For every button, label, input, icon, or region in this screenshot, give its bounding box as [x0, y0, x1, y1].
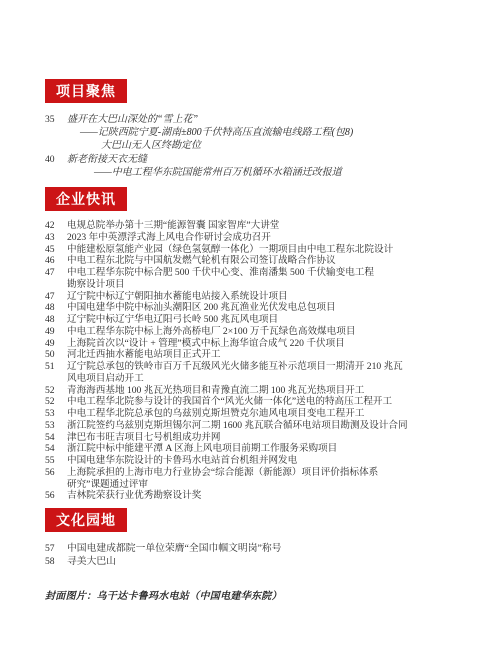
entry-title-line: 辽宁院中标辽宁朝阳抽水蓄能电站接入系统设计项目 [67, 291, 445, 303]
entry-title-line: 中能建松原氢能产业园（绿色氢氨醇一体化）一期项目由中电工程东北院设计 [67, 244, 445, 256]
entry-title-line: 中国电建华中院中标汕头潮阳区 200 兆瓦渔业光伏发电总包项目 [67, 302, 445, 314]
entry-title-line: 浙江院签约乌兹别克斯坦锡尔河二期 1600 兆瓦联合循环电站项目勘测及设计合同 [67, 420, 445, 432]
entry-page-number: 57 [45, 542, 67, 555]
toc-entry: 45中能建松原氢能产业园（绿色氢氨醇一体化）一期项目由中电工程东北院设计 [45, 244, 445, 256]
entry-lines: 新老衔接天衣无缝——中电工程华东院国能常州百万机循环水箱涵迁改报道 [67, 153, 445, 179]
entry-title-line: 浙江院中标中能建平潭 A 区海上风电项目前期工作服务采购项目 [67, 443, 445, 455]
entry-lines: 中国电建华中院中标汕头潮阳区 200 兆瓦渔业光伏发电总包项目 [67, 302, 445, 314]
entry-title-line: 辽宁院总承包的铁岭市百万千瓦级风光火储多能互补示范项目一期清开 210 兆瓦 [67, 361, 445, 373]
entry-title-line: 中国电建华东院设计的卡鲁玛水电站首台机组并网发电 [67, 455, 445, 467]
toc-entry: 432023 年中英漂浮式海上风电合作研讨会成功召开 [45, 232, 445, 244]
entry-title-line: 中电工程华东院中标合肥 500 千伏中心变、淮南潘集 500 千伏输变电工程 [67, 267, 445, 279]
entry-lines: 中国电建华东院设计的卡鲁玛水电站首台机组并网发电 [67, 455, 445, 467]
entry-page-number: 53 [45, 420, 67, 432]
entry-title-line: 中电工程华北院参与设计的我国首个“风光火储一体化”送电的特高压工程开工 [67, 396, 445, 408]
entry-lines: 盛开在大巴山深处的“雪上花”——记陕西院宁夏-湖南±800千伏特高压直流输电线路… [67, 113, 445, 153]
toc-entry: 53中电工程华北院总承包的乌兹别克斯坦赞克尔迪风电项目变电工程开工 [45, 408, 445, 420]
toc-entry: 47中电工程华东院中标合肥 500 千伏中心变、淮南潘集 500 千伏输变电工程… [45, 267, 445, 291]
entry-lines: 中电工程华东院中标上海外高桥电厂 2×100 万千瓦绿色高效煤电项目 [67, 326, 445, 338]
toc-entry: 49中电工程华东院中标上海外高桥电厂 2×100 万千瓦绿色高效煤电项目 [45, 326, 445, 338]
entry-page-number: 47 [45, 267, 67, 279]
toc-entry: 48辽宁院中标辽宁华电辽阳弓长岭 500 兆瓦风电项目 [45, 314, 445, 326]
entry-page-number: 53 [45, 408, 67, 420]
entry-page-number: 49 [45, 338, 67, 350]
entry-title-line: 辽宁院中标辽宁华电辽阳弓长岭 500 兆瓦风电项目 [67, 314, 445, 326]
entry-lines: 中能建松原氢能产业园（绿色氢氨醇一体化）一期项目由中电工程东北院设计 [67, 244, 445, 256]
entry-page-number: 48 [45, 314, 67, 326]
entry-page-number: 55 [45, 455, 67, 467]
entry-page-number: 42 [45, 220, 67, 232]
toc-entry: 58寻美大巴山 [45, 555, 445, 568]
entry-lines: 吉林院荣获行业优秀勘察设计奖 [67, 490, 445, 502]
entry-lines: 津巴布韦旺吉项目七号机组成功并网 [67, 432, 445, 444]
entry-lines: 浙江院中标中能建平潭 A 区海上风电项目前期工作服务采购项目 [67, 443, 445, 455]
entry-title-line: 上海院承担的上海市电力行业协会“综合能源（新能源）项目评价指标体系 [67, 467, 445, 479]
entry-lines: 辽宁院中标辽宁华电辽阳弓长岭 500 兆瓦风电项目 [67, 314, 445, 326]
entry-title-line: 中电工程华北院总承包的乌兹别克斯坦赞克尔迪风电项目变电工程开工 [67, 408, 445, 420]
section-culture-garden: 文化园地57中国电建成都院一单位荣膺“全国巾帼文明岗”称号58寻美大巴山 [45, 508, 445, 568]
entry-page-number: 56 [45, 490, 67, 502]
cover-note: 封面图片：乌干达卡鲁玛水电站（中国电建华东院） [45, 587, 445, 602]
entry-lines: 青海海西基地 100 兆瓦光热项目和青豫直流二期 100 兆瓦光热项目开工 [67, 385, 445, 397]
toc-entry: 46中电工程东北院与中国航发燃气轮机有限公司签订战略合作协议 [45, 255, 445, 267]
toc-entry: 48中国电建华中院中标汕头潮阳区 200 兆瓦渔业光伏发电总包项目 [45, 302, 445, 314]
entry-title-line: 勘察设计项目 [67, 279, 445, 291]
toc-entry: 35盛开在大巴山深处的“雪上花”——记陕西院宁夏-湖南±800千伏特高压直流输电… [45, 113, 445, 153]
toc-entry: 51辽宁院总承包的铁岭市百万千瓦级风光火储多能互补示范项目一期清开 210 兆瓦… [45, 361, 445, 385]
entry-subtitle-line: 大巴山无人区终勘定位 [101, 139, 445, 152]
entry-page-number: 35 [45, 113, 67, 126]
entry-title-line: 河北迁西抽水蓄能电站项目正式开工 [67, 349, 445, 361]
section-project-focus: 项目聚焦35盛开在大巴山深处的“雪上花”——记陕西院宁夏-湖南±800千伏特高压… [45, 79, 445, 179]
entry-page-number: 56 [45, 467, 67, 479]
entry-page-number: 52 [45, 396, 67, 408]
toc-entry: 54浙江院中标中能建平潭 A 区海上风电项目前期工作服务采购项目 [45, 443, 445, 455]
entry-title-line: 电规总院举办第十三期“能源智囊 国家智库”大讲堂 [67, 220, 445, 232]
toc-entry: 52青海海西基地 100 兆瓦光热项目和青豫直流二期 100 兆瓦光热项目开工 [45, 385, 445, 397]
entry-title-line: 新老衔接天衣无缝 [67, 153, 445, 166]
entry-title-line: 吉林院荣获行业优秀勘察设计奖 [67, 490, 445, 502]
toc-page: 项目聚焦35盛开在大巴山深处的“雪上花”——记陕西院宁夏-湖南±800千伏特高压… [0, 0, 480, 663]
entry-page-number: 51 [45, 361, 67, 373]
entry-lines: 辽宁院总承包的铁岭市百万千瓦级风光火储多能互补示范项目一期清开 210 兆瓦风电… [67, 361, 445, 385]
entry-lines: 中电工程华东院中标合肥 500 千伏中心变、淮南潘集 500 千伏输变电工程勘察… [67, 267, 445, 291]
section-badge: 企业快讯 [45, 187, 127, 211]
entry-lines: 上海院首次以“设计 + 管理”模式中标上海华谊合成气 220 千伏项目 [67, 338, 445, 350]
section-badge: 文化园地 [45, 508, 127, 532]
entry-subtitle-line: ——记陕西院宁夏-湖南±800千伏特高压直流输电线路工程(包8) [80, 126, 445, 139]
entry-lines: 河北迁西抽水蓄能电站项目正式开工 [67, 349, 445, 361]
entry-page-number: 54 [45, 432, 67, 444]
entry-page-number: 54 [45, 443, 67, 455]
section-badge: 项目聚焦 [45, 79, 127, 103]
entry-page-number: 50 [45, 349, 67, 361]
entry-page-number: 49 [45, 326, 67, 338]
entry-lines: 浙江院签约乌兹别克斯坦锡尔河二期 1600 兆瓦联合循环电站项目勘测及设计合同 [67, 420, 445, 432]
entry-page-number: 46 [45, 255, 67, 267]
entry-subtitle-line: ——中电工程华东院国能常州百万机循环水箱涵迁改报道 [94, 166, 445, 179]
entry-lines: 电规总院举办第十三期“能源智囊 国家智库”大讲堂 [67, 220, 445, 232]
entry-title-line: 青海海西基地 100 兆瓦光热项目和青豫直流二期 100 兆瓦光热项目开工 [67, 385, 445, 397]
toc-entry: 56吉林院荣获行业优秀勘察设计奖 [45, 490, 445, 502]
entry-title-line: 上海院首次以“设计 + 管理”模式中标上海华谊合成气 220 千伏项目 [67, 338, 445, 350]
entry-page-number: 40 [45, 153, 67, 166]
entry-lines: 上海院承担的上海市电力行业协会“综合能源（新能源）项目评价指标体系研究”课题通过… [67, 467, 445, 491]
toc-entry: 53浙江院签约乌兹别克斯坦锡尔河二期 1600 兆瓦联合循环电站项目勘测及设计合… [45, 420, 445, 432]
entry-title-line: 中国电建成都院一单位荣膺“全国巾帼文明岗”称号 [67, 542, 445, 555]
entry-title-line: 中电工程东北院与中国航发燃气轮机有限公司签订战略合作协议 [67, 255, 445, 267]
toc-entry: 54津巴布韦旺吉项目七号机组成功并网 [45, 432, 445, 444]
entry-lines: 中电工程华北院参与设计的我国首个“风光火储一体化”送电的特高压工程开工 [67, 396, 445, 408]
entry-lines: 2023 年中英漂浮式海上风电合作研讨会成功召开 [67, 232, 445, 244]
toc-entry: 50河北迁西抽水蓄能电站项目正式开工 [45, 349, 445, 361]
toc-entry: 57中国电建成都院一单位荣膺“全国巾帼文明岗”称号 [45, 542, 445, 555]
entry-page-number: 47 [45, 291, 67, 303]
entry-page-number: 58 [45, 555, 67, 568]
entry-lines: 辽宁院中标辽宁朝阳抽水蓄能电站接入系统设计项目 [67, 291, 445, 303]
entry-page-number: 43 [45, 232, 67, 244]
entry-title-line: 风电项目启动开工 [67, 373, 445, 385]
entry-lines: 寻美大巴山 [67, 555, 445, 568]
entry-title-line: 2023 年中英漂浮式海上风电合作研讨会成功召开 [67, 232, 445, 244]
toc-content: 项目聚焦35盛开在大巴山深处的“雪上花”——记陕西院宁夏-湖南±800千伏特高压… [45, 79, 445, 602]
toc-entry: 55中国电建华东院设计的卡鲁玛水电站首台机组并网发电 [45, 455, 445, 467]
entry-title-line: 津巴布韦旺吉项目七号机组成功并网 [67, 432, 445, 444]
entry-title-line: 研究”课题通过评审 [67, 479, 445, 491]
section-enterprise-news: 企业快讯42电规总院举办第十三期“能源智囊 国家智库”大讲堂432023 年中英… [45, 187, 445, 502]
toc-entry: 47辽宁院中标辽宁朝阳抽水蓄能电站接入系统设计项目 [45, 291, 445, 303]
toc-entry: 40新老衔接天衣无缝——中电工程华东院国能常州百万机循环水箱涵迁改报道 [45, 153, 445, 179]
entry-title-line: 中电工程华东院中标上海外高桥电厂 2×100 万千瓦绿色高效煤电项目 [67, 326, 445, 338]
toc-entry: 49上海院首次以“设计 + 管理”模式中标上海华谊合成气 220 千伏项目 [45, 338, 445, 350]
entry-lines: 中电工程东北院与中国航发燃气轮机有限公司签订战略合作协议 [67, 255, 445, 267]
entry-page-number: 45 [45, 244, 67, 256]
toc-entry: 56上海院承担的上海市电力行业协会“综合能源（新能源）项目评价指标体系研究”课题… [45, 467, 445, 491]
entry-title-line: 盛开在大巴山深处的“雪上花” [67, 113, 445, 126]
toc-entry: 52中电工程华北院参与设计的我国首个“风光火储一体化”送电的特高压工程开工 [45, 396, 445, 408]
entry-title-line: 寻美大巴山 [67, 555, 445, 568]
entry-lines: 中电工程华北院总承包的乌兹别克斯坦赞克尔迪风电项目变电工程开工 [67, 408, 445, 420]
entry-page-number: 52 [45, 385, 67, 397]
entry-page-number: 48 [45, 302, 67, 314]
entry-lines: 中国电建成都院一单位荣膺“全国巾帼文明岗”称号 [67, 542, 445, 555]
toc-entry: 42电规总院举办第十三期“能源智囊 国家智库”大讲堂 [45, 220, 445, 232]
